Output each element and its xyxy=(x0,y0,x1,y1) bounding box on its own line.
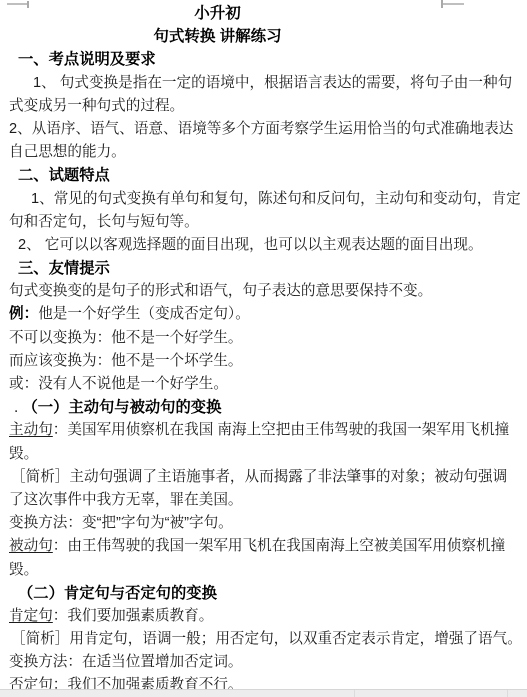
text-segment: 2、 它可以以客观选择题的面目出现，也可以以主观表达题的面目出现。 xyxy=(18,237,483,253)
text-line: 或：没有人不说他是一个好学生。 xyxy=(0,373,527,396)
text-segment: 1、 句式变换是指在一定的语境中，根据语言表达的需要，将句子由一种句 xyxy=(33,75,512,91)
text-line: 变换方法：变“把”字句为“被”字句。 xyxy=(0,512,527,535)
text-segment: 一、考点说明及要求 xyxy=(18,51,156,68)
text-line: 式变成另一种句式的过程。 xyxy=(0,95,527,118)
text-line: 不可以变换为：他不是一个好学生。 xyxy=(0,327,527,350)
text-line: 例：他是一个好学生（变成否定句）。 xyxy=(0,303,527,326)
text-segment: 句和否定句，长句与短句等。 xyxy=(9,214,199,230)
text-segment: ：我们要加强素质教育。 xyxy=(53,608,214,624)
scrollbar-divider xyxy=(507,690,508,697)
scrollbar-divider xyxy=(354,690,355,697)
section-heading: （二）肯定句与否定句的变换 xyxy=(0,582,527,605)
text-line: 2、从语序、语气、语意、语境等多个方面考察学生运用恰当的句式准确地表达 xyxy=(0,118,527,141)
text-segment: 二、试题特点 xyxy=(18,167,110,184)
text-line: 毁。 xyxy=(0,559,527,582)
text-segment: 式变成另一种句式的过程。 xyxy=(9,98,184,114)
text-segment: 他是一个好学生（变成否定句）。 xyxy=(38,306,250,322)
text-line: 了这次事件中我方无辜，罪在美国。 xyxy=(0,489,527,512)
text-segment: 三、友情提示 xyxy=(18,260,110,277)
text-line: 1、 句式变换是指在一定的语境中，根据语言表达的需要，将句子由一种句 xyxy=(0,72,527,95)
text-line: 1、常见的句式变换有单句和复句，陈述句和反问句，主动句和变动句，肯定 xyxy=(0,188,527,211)
underlined-term: 肯定句 xyxy=(9,608,53,624)
underlined-term: 主动句 xyxy=(9,422,53,438)
text-segment: 小升初 xyxy=(194,5,241,22)
section-heading: 三、友情提示 xyxy=(0,257,527,280)
doc-title-line: 句式转换 讲解练习 xyxy=(0,25,527,48)
text-segment: 了这次事件中我方无辜，罪在美国。 xyxy=(9,492,243,508)
text-segment: 而应该变换为：他不是一个坏学生。 xyxy=(9,353,243,369)
text-segment: 2、从语序、语气、语意、语境等多个方面考察学生运用恰当的句式准确地表达 xyxy=(9,121,513,137)
text-line: 变换方法：在适当位置增加否定词。 xyxy=(0,651,527,674)
text-line: ［简析］用肯定句，语调一般；用否定句，以双重否定表示肯定，增强了语气。 xyxy=(0,628,527,651)
text-segment: . xyxy=(14,399,23,416)
horizontal-scrollbar[interactable] xyxy=(0,689,527,697)
text-segment: 变换方法：变“把”字句为“被”字句。 xyxy=(9,515,233,531)
text-line: 被动句：由王伟驾驶的我国一架军用飞机在我国南海上空被美国军用侦察机撞 xyxy=(0,535,527,558)
text-segment: 或：没有人不说他是一个好学生。 xyxy=(9,376,228,392)
text-segment: 句式转换 讲解练习 xyxy=(153,28,281,45)
text-line: ［简析］主动句强调了主语施事者，从而揭露了非法肇事的对象；被动句强调 xyxy=(0,466,527,489)
text-segment: ：由王伟驾驶的我国一架军用飞机在我国南海上空被美国军用侦察机撞 xyxy=(53,538,505,554)
underlined-term: 被动句 xyxy=(9,538,53,554)
doc-title-line: 小升初 xyxy=(0,2,527,25)
text-segment: ：美国军用侦察机在我国 南海上空把由王伟驾驶的我国一架军用飞机撞 xyxy=(53,422,509,438)
text-segment: 自己思想的能力。 xyxy=(9,144,126,160)
text-line: 肯定句：我们要加强素质教育。 xyxy=(0,605,527,628)
text-line: 自己思想的能力。 xyxy=(0,141,527,164)
text-line: 句和否定句，长句与短句等。 xyxy=(0,211,527,234)
document-page: 小升初句式转换 讲解练习一、考点说明及要求1、 句式变换是指在一定的语境中，根据… xyxy=(0,0,527,697)
section-heading: 二、试题特点 xyxy=(0,164,527,187)
text-segment: （一）主动句与被动句的变换 xyxy=(23,399,222,416)
text-line: 毁。 xyxy=(0,443,527,466)
section-heading: . （一）主动句与被动句的变换 xyxy=(0,396,527,419)
section-heading: 一、考点说明及要求 xyxy=(0,48,527,71)
text-segment: 变换方法：在适当位置增加否定词。 xyxy=(9,654,243,670)
text-line: 句式变换变的是句子的形式和语气，句子表达的意思要保持不变。 xyxy=(0,280,527,303)
text-segment: （二）肯定句与否定句的变换 xyxy=(18,585,217,602)
text-segment: ［简析］用肯定句，语调一般；用否定句，以双重否定表示肯定，增强了语气。 xyxy=(11,631,522,647)
text-segment: 毁。 xyxy=(9,446,38,462)
text-segment: 1、常见的句式变换有单句和复句，陈述句和反问句，主动句和变动句，肯定 xyxy=(31,191,521,207)
text-line: 而应该变换为：他不是一个坏学生。 xyxy=(0,350,527,373)
document-body: 小升初句式转换 讲解练习一、考点说明及要求1、 句式变换是指在一定的语境中，根据… xyxy=(0,2,527,697)
text-segment: 毁。 xyxy=(9,562,38,578)
text-segment: 句式变换变的是句子的形式和语气，句子表达的意思要保持不变。 xyxy=(9,283,432,299)
text-line: 主动句：美国军用侦察机在我国 南海上空把由王伟驾驶的我国一架军用飞机撞 xyxy=(0,419,527,442)
text-segment: ［简析］主动句强调了主语施事者，从而揭露了非法肇事的对象；被动句强调 xyxy=(11,469,507,485)
text-segment: 不可以变换为：他不是一个好学生。 xyxy=(9,330,243,346)
text-segment: 例： xyxy=(9,306,38,322)
text-line: 2、 它可以以客观选择题的面目出现，也可以以主观表达题的面目出现。 xyxy=(0,234,527,257)
